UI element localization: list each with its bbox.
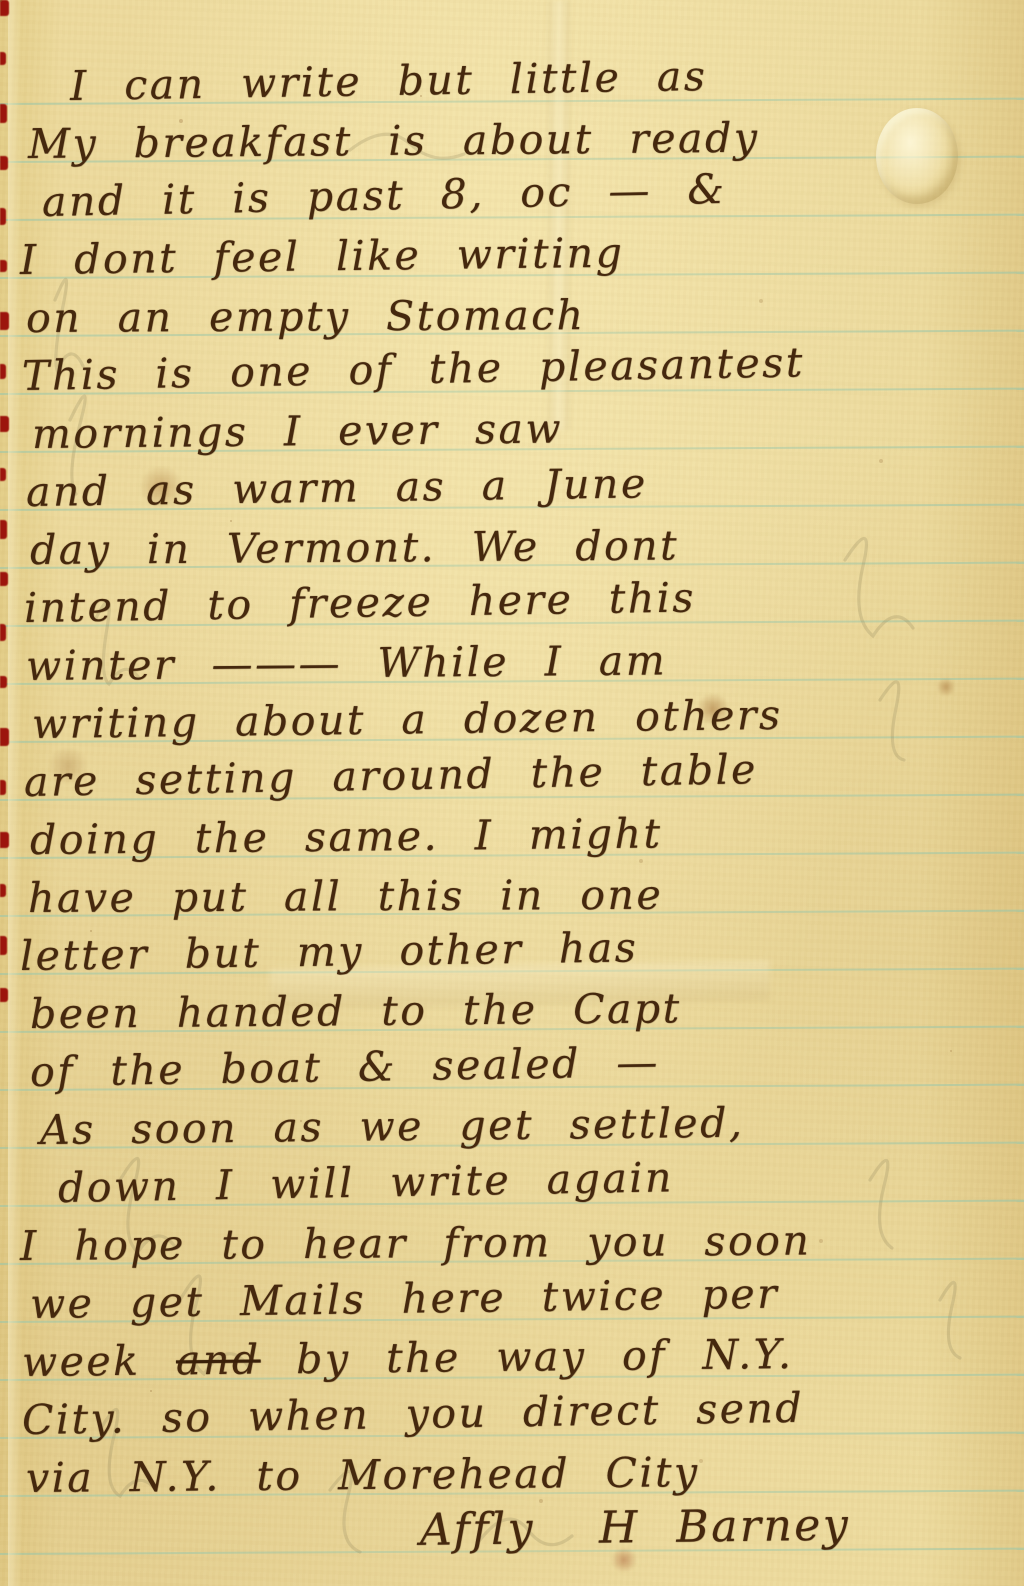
letter-text-segment: week <box>22 1336 176 1386</box>
letter-text-segment: and it is past 8, oc — & <box>42 165 727 226</box>
letter-text-segment: As soon as we get settled, <box>40 1099 745 1154</box>
letter-text-segment: down I will write again <box>58 1153 675 1212</box>
letter-text-segment: H Barney <box>599 1500 851 1554</box>
letter-text-segment: and <box>176 1336 261 1385</box>
letter-text-segment: on an empty Stomach <box>26 291 586 342</box>
letter-text-segment: by the way of N.Y. <box>260 1330 793 1384</box>
letter-text-segment: mornings I ever saw <box>32 404 564 458</box>
letter-text-segment: are setting around the table <box>24 745 759 806</box>
letter-text-segment: have put all this in one <box>28 871 663 922</box>
letter-text-segment: writing about a dozen others <box>32 691 783 748</box>
letter-text-segment: City. so when you direct send <box>22 1384 805 1444</box>
letter-text-segment: I hope to hear from you soon <box>20 1216 812 1270</box>
letter-text-segment: I dont feel like writing <box>20 229 625 284</box>
letter-text-segment: intend to freeze here this <box>24 573 697 632</box>
letter-page: I can write but little asMy breakfast is… <box>0 0 1024 1586</box>
letter-text-segment: I can write but little as <box>70 52 708 110</box>
letter-text-segment: day in Vermont. We dont <box>30 521 679 574</box>
letter-text-segment: doing the same. I might <box>30 809 663 864</box>
letter-text-segment: letter but my other has <box>20 923 639 980</box>
letter-text-segment: This is one of the pleasantest <box>22 338 806 400</box>
letter-line: I can write but little as <box>70 41 1024 115</box>
letter-text-segment: of the boat & sealed — <box>30 1038 661 1096</box>
letter-text-segment: via N.Y. to Morehead City <box>26 1448 700 1502</box>
letter-text-segment: My breakfast is about ready <box>28 114 760 168</box>
letter-line: doing the same. I might <box>30 800 1024 869</box>
letter-text-segment: we get Mails here twice per <box>30 1270 780 1328</box>
letter-text-segment: and as warm as a June <box>26 459 648 516</box>
letter-text-segment: winter ——— While I am <box>26 636 668 690</box>
letter-text-segment: Affly <box>420 1503 536 1555</box>
letter-text-segment: been handed to the Capt <box>30 984 682 1038</box>
letter-lines: I can write but little asMy breakfast is… <box>0 0 1024 1586</box>
letter-line: I dont feel like writing <box>20 219 1024 289</box>
